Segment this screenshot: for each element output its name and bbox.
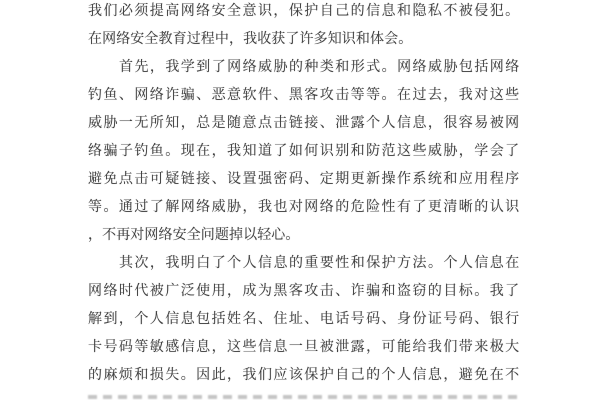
scanned-document-page: 我们必须提高网络安全意识，保护自己的信息和隐私不被侵犯。 在网络安全教育过程中，…: [0, 0, 600, 400]
text-line: 在网络安全教育过程中，我收获了许多知识和体会。: [88, 26, 520, 54]
text-line: 等。通过了解网络威胁，我也对网络的危险性有了更清晰的认识: [88, 194, 520, 222]
clipped-bottom-text-line: [88, 395, 518, 399]
text-line: 的麻烦和损失。因此，我们应该保护自己的个人信息，避免在不: [88, 362, 520, 390]
text-line: 解到，个人信息包括姓名、住址、电话号码、身份证号码、银行: [88, 306, 520, 334]
text-line-paragraph-start: 其次，我明白了个人信息的重要性和保护方法。个人信息在: [88, 250, 520, 278]
text-line: ，不再对网络安全问题掉以轻心。: [88, 222, 520, 250]
text-line: 威胁一无所知，总是随意点击链接、泄露个人信息，很容易被网: [88, 110, 520, 138]
text-line: 卡号码等敏感信息，这些信息一旦被泄露，可能给我们带来极大: [88, 334, 520, 362]
text-line: 网络时代被广泛使用，成为黑客攻击、诈骗和盗窃的目标。我了: [88, 278, 520, 306]
text-line: 我们必须提高网络安全意识，保护自己的信息和隐私不被侵犯。: [88, 0, 520, 26]
text-line: 钓鱼、网络诈骗、恶意软件、黑客攻击等等。在过去，我对这些: [88, 82, 520, 110]
document-text-block: 我们必须提高网络安全意识，保护自己的信息和隐私不被侵犯。 在网络安全教育过程中，…: [88, 0, 520, 390]
text-line-paragraph-start: 首先，我学到了网络威胁的种类和形式。网络威胁包括网络: [88, 54, 520, 82]
text-line: 避免点击可疑链接、设置强密码、定期更新操作系统和应用程序: [88, 166, 520, 194]
text-line: 络骗子钓鱼。现在，我知道了如何识别和防范这些威胁，学会了: [88, 138, 520, 166]
